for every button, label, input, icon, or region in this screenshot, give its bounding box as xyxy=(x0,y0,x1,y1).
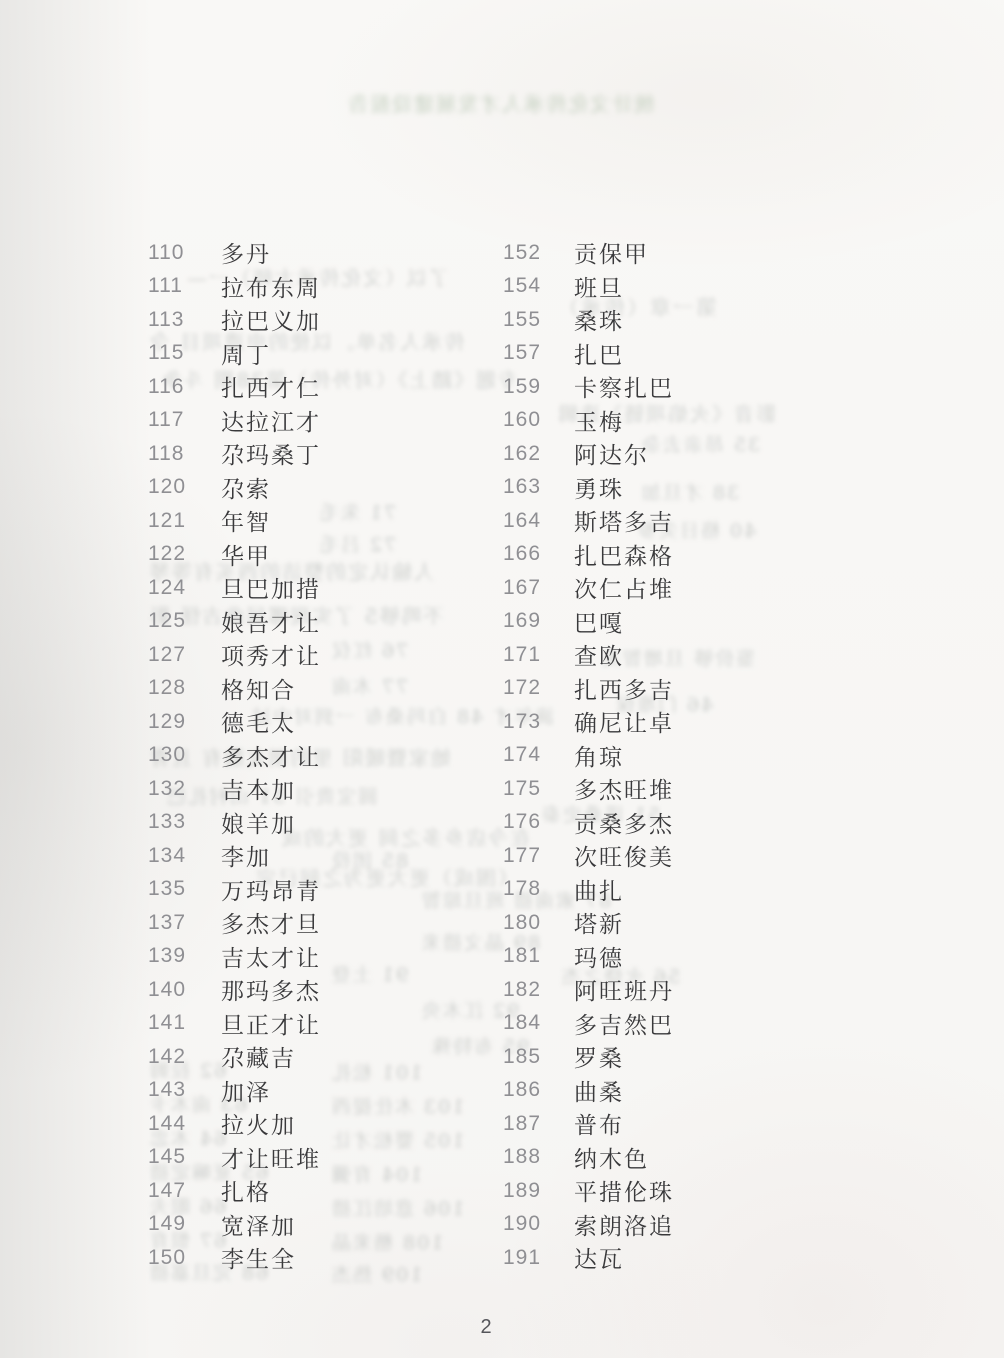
entry-number: 111 xyxy=(148,274,221,298)
entry-name: 项秀才让 xyxy=(221,638,321,671)
entry-number: 145 xyxy=(148,1145,221,1169)
entry-number: 127 xyxy=(148,643,221,667)
entry-number: 171 xyxy=(503,643,574,667)
entry-name: 扎西才仁 xyxy=(221,370,321,403)
entry-name: 达拉江才 xyxy=(221,404,321,437)
entry-number: 190 xyxy=(503,1212,574,1236)
entry-name: 吉本加 xyxy=(221,772,296,805)
list-row: 184多吉然巴 xyxy=(503,1007,863,1041)
entry-name: 多杰才旦 xyxy=(221,906,321,939)
entry-number: 172 xyxy=(503,676,574,700)
list-row: 142尕藏吉 xyxy=(148,1040,488,1074)
right-name-list: 152贡保甲154班旦155桑珠157扎巴159卡察扎巴160玉梅162阿达尔1… xyxy=(503,236,863,1275)
list-row: 159卡察扎巴 xyxy=(503,370,863,404)
entry-name: 多吉然巴 xyxy=(574,1007,674,1040)
list-row: 118尕玛桑丁 xyxy=(148,437,488,471)
entry-name: 勇珠 xyxy=(574,471,624,504)
entry-number: 185 xyxy=(503,1045,574,1069)
list-row: 171查欧 xyxy=(503,638,863,672)
entry-number: 175 xyxy=(503,777,574,801)
list-row: 182阿旺班丹 xyxy=(503,973,863,1007)
entry-number: 178 xyxy=(503,877,574,901)
list-row: 127项秀才让 xyxy=(148,638,488,672)
list-row: 111拉布东周 xyxy=(148,270,488,304)
entry-number: 160 xyxy=(503,408,574,432)
entry-name: 次旺俊美 xyxy=(574,839,674,872)
list-row: 135万玛昂青 xyxy=(148,873,488,907)
list-row: 141旦正才让 xyxy=(148,1007,488,1041)
entry-number: 143 xyxy=(148,1078,221,1102)
entry-name: 尕玛桑丁 xyxy=(221,437,321,470)
entry-name: 年智 xyxy=(221,504,271,537)
entry-number: 163 xyxy=(503,475,574,499)
entry-name: 班旦 xyxy=(574,270,624,303)
list-row: 140那玛多杰 xyxy=(148,973,488,1007)
entry-name: 吉太才让 xyxy=(221,940,321,973)
page-number: 2 xyxy=(0,1316,972,1339)
entry-number: 157 xyxy=(503,341,574,365)
entry-name: 扎格 xyxy=(221,1174,271,1207)
list-row: 117达拉江才 xyxy=(148,404,488,438)
page-content: 110多丹111拉布东周113拉巴义加115周丁116扎西才仁117达拉江才11… xyxy=(0,0,1004,1358)
entry-name: 普布 xyxy=(574,1107,624,1140)
entry-number: 189 xyxy=(503,1179,574,1203)
entry-number: 115 xyxy=(148,341,221,365)
list-row: 134李加 xyxy=(148,839,488,873)
list-row: 132吉本加 xyxy=(148,772,488,806)
entry-name: 角琼 xyxy=(574,739,624,772)
entry-name: 拉布东周 xyxy=(221,270,321,303)
entry-name: 华甲 xyxy=(221,538,271,571)
list-row: 145才让旺堆 xyxy=(148,1141,488,1175)
list-row: 144拉火加 xyxy=(148,1107,488,1141)
entry-number: 186 xyxy=(503,1078,574,1102)
entry-name: 达瓦 xyxy=(574,1241,624,1274)
list-row: 125娘吾才让 xyxy=(148,605,488,639)
list-row: 155桑珠 xyxy=(503,303,863,337)
list-row: 129德毛太 xyxy=(148,705,488,739)
list-row: 137多杰才旦 xyxy=(148,906,488,940)
entry-name: 扎西多吉 xyxy=(574,672,674,705)
list-row: 191达瓦 xyxy=(503,1241,863,1275)
list-row: 154班旦 xyxy=(503,270,863,304)
entry-number: 130 xyxy=(148,743,221,767)
list-row: 164斯塔多吉 xyxy=(503,504,863,538)
list-row: 124旦巴加措 xyxy=(148,571,488,605)
list-row: 110多丹 xyxy=(148,236,488,270)
entry-name: 玉梅 xyxy=(574,404,624,437)
entry-name: 曲扎 xyxy=(574,873,624,906)
list-row: 162阿达尔 xyxy=(503,437,863,471)
entry-name: 罗桑 xyxy=(574,1040,624,1073)
entry-name: 尕藏吉 xyxy=(221,1040,296,1073)
entry-name: 娘吾才让 xyxy=(221,605,321,638)
entry-number: 152 xyxy=(503,241,574,265)
entry-name: 宽泽加 xyxy=(221,1208,296,1241)
entry-number: 180 xyxy=(503,911,574,935)
entry-number: 117 xyxy=(148,408,221,432)
entry-number: 137 xyxy=(148,911,221,935)
list-row: 130多杰才让 xyxy=(148,739,488,773)
entry-name: 塔新 xyxy=(574,906,624,939)
entry-name: 旦巴加措 xyxy=(221,571,321,604)
entry-number: 166 xyxy=(503,542,574,566)
entry-number: 176 xyxy=(503,810,574,834)
entry-number: 169 xyxy=(503,609,574,633)
list-row: 178曲扎 xyxy=(503,873,863,907)
entry-number: 159 xyxy=(503,375,574,399)
list-row: 186曲桑 xyxy=(503,1074,863,1108)
entry-name: 索朗洛追 xyxy=(574,1208,674,1241)
list-row: 188纳木色 xyxy=(503,1141,863,1175)
entry-number: 124 xyxy=(148,576,221,600)
entry-name: 平措伦珠 xyxy=(574,1174,674,1207)
entry-number: 162 xyxy=(503,442,574,466)
list-row: 181玛德 xyxy=(503,940,863,974)
list-row: 133娘羊加 xyxy=(148,806,488,840)
entry-name: 阿旺班丹 xyxy=(574,973,674,1006)
entry-number: 128 xyxy=(148,676,221,700)
list-row: 149宽泽加 xyxy=(148,1208,488,1242)
entry-number: 139 xyxy=(148,944,221,968)
entry-name: 万玛昂青 xyxy=(221,873,321,906)
entry-number: 135 xyxy=(148,877,221,901)
entry-name: 次仁占堆 xyxy=(574,571,674,604)
entry-number: 191 xyxy=(503,1246,574,1270)
entry-name: 巴嘎 xyxy=(574,605,624,638)
list-row: 116扎西才仁 xyxy=(148,370,488,404)
entry-name: 德毛太 xyxy=(221,705,296,738)
entry-name: 确尼让卓 xyxy=(574,705,674,738)
entry-number: 182 xyxy=(503,978,574,1002)
entry-name: 桑珠 xyxy=(574,303,624,336)
list-row: 185罗桑 xyxy=(503,1040,863,1074)
list-row: 169巴嘎 xyxy=(503,605,863,639)
list-row: 173确尼让卓 xyxy=(503,705,863,739)
entry-number: 141 xyxy=(148,1011,221,1035)
list-row: 163勇珠 xyxy=(503,471,863,505)
list-row: 128格知合 xyxy=(148,672,488,706)
entry-name: 查欧 xyxy=(574,638,624,671)
entry-name: 卡察扎巴 xyxy=(574,370,674,403)
entry-number: 121 xyxy=(148,509,221,533)
list-row: 147扎格 xyxy=(148,1174,488,1208)
entry-number: 144 xyxy=(148,1112,221,1136)
entry-name: 曲桑 xyxy=(574,1074,624,1107)
list-row: 176贡桑多杰 xyxy=(503,806,863,840)
entry-name: 周丁 xyxy=(221,337,271,370)
entry-name: 李加 xyxy=(221,839,271,872)
entry-name: 多丹 xyxy=(221,236,271,269)
list-row: 122华甲 xyxy=(148,538,488,572)
list-row: 167次仁占堆 xyxy=(503,571,863,605)
list-row: 121年智 xyxy=(148,504,488,538)
list-row: 160玉梅 xyxy=(503,404,863,438)
entry-number: 155 xyxy=(503,308,574,332)
entry-name: 拉火加 xyxy=(221,1107,296,1140)
entry-name: 多杰才让 xyxy=(221,739,321,772)
entry-name: 格知合 xyxy=(221,672,296,705)
list-row: 174角琼 xyxy=(503,739,863,773)
entry-number: 164 xyxy=(503,509,574,533)
entry-number: 174 xyxy=(503,743,574,767)
entry-name: 尕索 xyxy=(221,471,271,504)
entry-number: 122 xyxy=(148,542,221,566)
entry-name: 扎巴森格 xyxy=(574,538,674,571)
list-row: 172扎西多吉 xyxy=(503,672,863,706)
entry-name: 贡桑多杰 xyxy=(574,806,674,839)
list-row: 115周丁 xyxy=(148,337,488,371)
entry-name: 斯塔多吉 xyxy=(574,504,674,537)
entry-number: 188 xyxy=(503,1145,574,1169)
entry-number: 181 xyxy=(503,944,574,968)
entry-number: 173 xyxy=(503,710,574,734)
entry-number: 118 xyxy=(148,442,221,466)
entry-number: 133 xyxy=(148,810,221,834)
list-row: 139吉太才让 xyxy=(148,940,488,974)
entry-name: 才让旺堆 xyxy=(221,1141,321,1174)
entry-name: 阿达尔 xyxy=(574,437,649,470)
list-row: 180塔新 xyxy=(503,906,863,940)
entry-name: 纳木色 xyxy=(574,1141,649,1174)
entry-number: 154 xyxy=(503,274,574,298)
entry-number: 150 xyxy=(148,1246,221,1270)
entry-number: 134 xyxy=(148,844,221,868)
entry-name: 贡保甲 xyxy=(574,236,649,269)
list-row: 177次旺俊美 xyxy=(503,839,863,873)
entry-name: 加泽 xyxy=(221,1074,271,1107)
entry-name: 拉巴义加 xyxy=(221,303,321,336)
entry-name: 玛德 xyxy=(574,940,624,973)
entry-number: 167 xyxy=(503,576,574,600)
entry-number: 125 xyxy=(148,609,221,633)
entry-number: 149 xyxy=(148,1212,221,1236)
entry-number: 177 xyxy=(503,844,574,868)
left-name-list: 110多丹111拉布东周113拉巴义加115周丁116扎西才仁117达拉江才11… xyxy=(148,236,488,1275)
entry-number: 184 xyxy=(503,1011,574,1035)
list-row: 120尕索 xyxy=(148,471,488,505)
list-row: 187普布 xyxy=(503,1107,863,1141)
list-row: 150李生全 xyxy=(148,1241,488,1275)
entry-name: 李生全 xyxy=(221,1241,296,1274)
list-row: 157扎巴 xyxy=(503,337,863,371)
entry-number: 129 xyxy=(148,710,221,734)
list-row: 166扎巴森格 xyxy=(503,538,863,572)
list-row: 113拉巴义加 xyxy=(148,303,488,337)
list-row: 190索朗洛追 xyxy=(503,1208,863,1242)
entry-number: 132 xyxy=(148,777,221,801)
entry-name: 娘羊加 xyxy=(221,806,296,839)
list-row: 143加泽 xyxy=(148,1074,488,1108)
entry-number: 187 xyxy=(503,1112,574,1136)
entry-number: 110 xyxy=(148,241,221,265)
document-page: 统计文化传承人才发展建设报告了以（文化传承大师）一—第一章（传承）传承人名单。以… xyxy=(0,0,1004,1358)
entry-number: 116 xyxy=(148,375,221,399)
entry-name: 扎巴 xyxy=(574,337,624,370)
entry-number: 120 xyxy=(148,475,221,499)
entry-number: 147 xyxy=(148,1179,221,1203)
entry-name: 那玛多杰 xyxy=(221,973,321,1006)
list-row: 152贡保甲 xyxy=(503,236,863,270)
list-row: 175多杰旺堆 xyxy=(503,772,863,806)
entry-number: 140 xyxy=(148,978,221,1002)
entry-name: 多杰旺堆 xyxy=(574,772,674,805)
list-row: 189平措伦珠 xyxy=(503,1174,863,1208)
entry-name: 旦正才让 xyxy=(221,1007,321,1040)
entry-number: 113 xyxy=(148,308,221,332)
entry-number: 142 xyxy=(148,1045,221,1069)
